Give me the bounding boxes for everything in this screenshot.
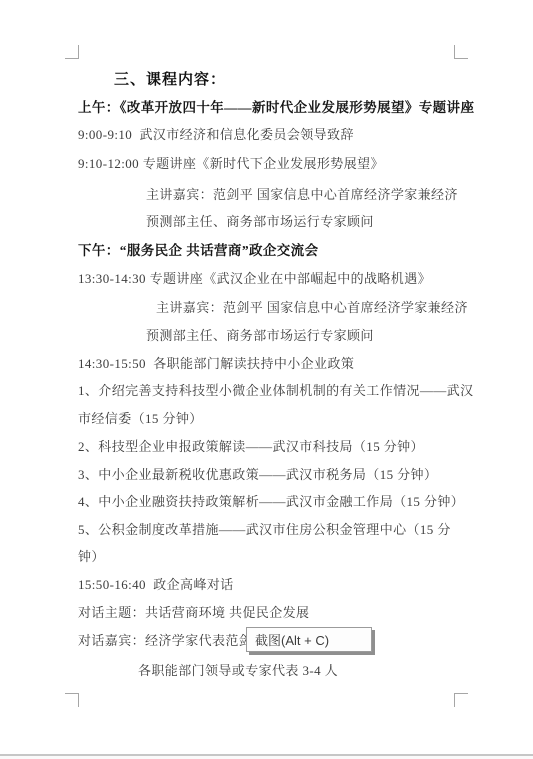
line-item-5: 5、公积金制度改革措施——武汉市住房公积金管理中心（15 分 <box>78 519 451 538</box>
line-item-5-cont: 钟） <box>78 546 105 565</box>
document-page: { "doc": { "lines": [ { "text": "三、课程内容：… <box>0 0 533 759</box>
screenshot-tooltip: 截图(Alt + C) <box>246 627 372 652</box>
line-speaker-1-cont: 预测部主任、商务部市场运行专家顾问 <box>146 211 374 230</box>
line-dialogue-guests: 对话嘉宾：经济学家代表范剑 <box>78 630 252 649</box>
line-dialogue-guests-cont: 各职能部门领导或专家代表 3-4 人 <box>138 660 338 679</box>
line-dialogue-topic: 对话主题：共话营商环境 共促民企发展 <box>78 602 309 621</box>
margin-mark-top-right-icon <box>454 45 468 59</box>
heading-course-content: 三、课程内容： <box>114 68 226 89</box>
line-speaker-1: 主讲嘉宾：范剑平 国家信息中心首席经济学家兼经济 <box>146 184 458 203</box>
line-0900-opening: 9:00-9:10 武汉市经济和信息化委员会领导致辞 <box>78 124 354 143</box>
line-item-3: 3、中小企业最新税收优惠政策——武汉市税务局（15 分钟） <box>78 464 437 483</box>
line-1550-summit-dialogue: 15:50-16:40 政企高峰对话 <box>78 574 234 593</box>
screenshot-tooltip-label: 截图(Alt + C) <box>255 630 329 649</box>
line-item-4: 4、中小企业融资扶持政策解析——武汉市金融工作局（15 分钟） <box>78 491 464 510</box>
line-morning-session-title: 上午：《改革开放四十年——新时代企业发展形势展望》专题讲座 <box>78 96 474 116</box>
line-item-2: 2、科技型企业申报政策解读——武汉市科技局（15 分钟） <box>78 436 424 455</box>
line-1330-lecture: 13:30-14:30 专题讲座《武汉企业在中部崛起中的战略机遇》 <box>78 268 431 287</box>
margin-mark-bottom-left-icon <box>65 693 79 707</box>
line-1430-policy-session: 14:30-15:50 各职能部门解读扶持中小企业政策 <box>78 353 354 372</box>
line-item-1-cont: 市经信委（15 分钟） <box>78 408 203 427</box>
line-afternoon-session-title: 下午：“服务民企 共话营商”政企交流会 <box>78 239 318 259</box>
line-speaker-2-cont: 预测部主任、商务部市场运行专家顾问 <box>146 325 374 344</box>
line-item-1: 1、介绍完善支持科技型小微企业体制机制的有关工作情况——武汉 <box>78 380 474 399</box>
margin-mark-top-left-icon <box>65 45 79 59</box>
margin-mark-bottom-right-icon <box>454 693 468 707</box>
line-speaker-2: 主讲嘉宾：范剑平 国家信息中心首席经济学家兼经济 <box>156 297 468 316</box>
line-0910-lecture: 9:10-12:00 专题讲座《新时代下企业发展形势展望》 <box>78 153 384 172</box>
